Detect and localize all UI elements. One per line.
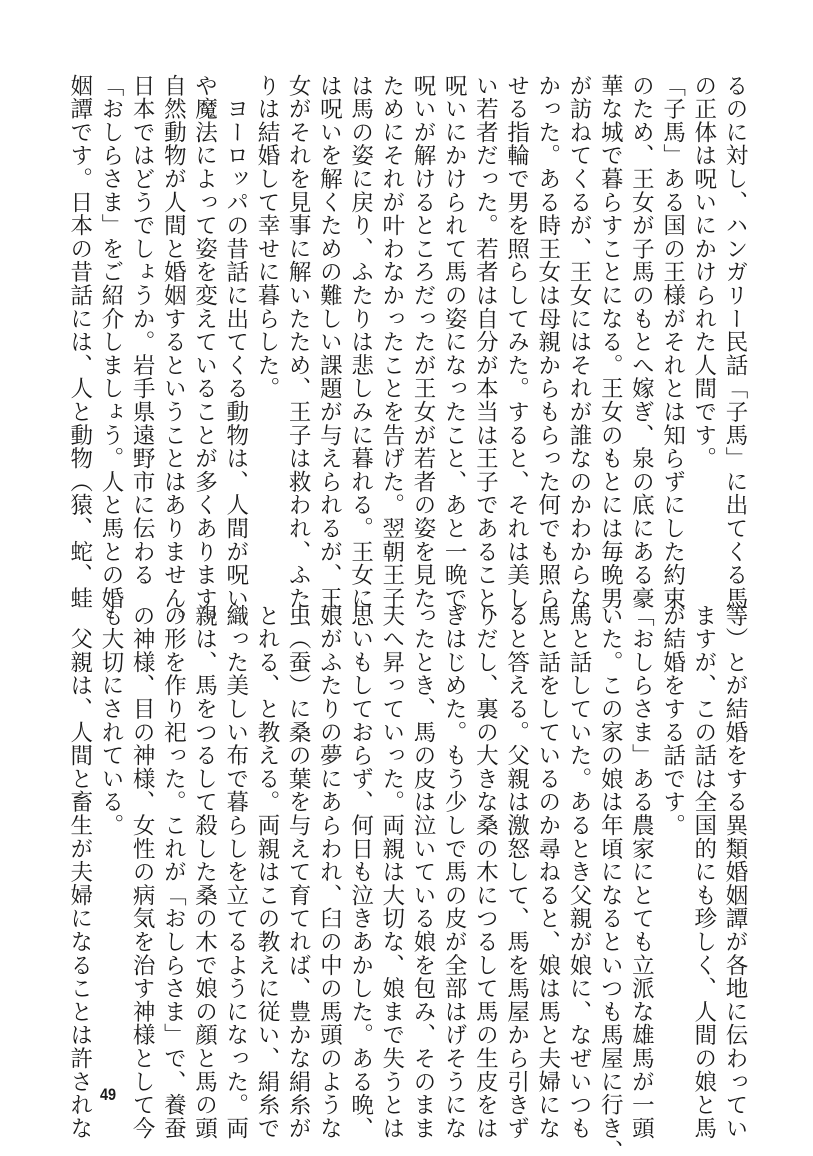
text-column: 日本ではどうでしょうか。岩手県遠野市に伝わる (126, 74, 157, 544)
text-column: 織った美しい布で暮らしを立てるようになった。両 (220, 604, 251, 1074)
text-column: が結婚をする話です。 (656, 604, 687, 1074)
text-column: 「おしらさま」をご紹介しましょう。人と馬との婚 (95, 74, 126, 544)
text-column: 呪いにかけられて馬の姿になったこと、あと一晩で (438, 74, 469, 544)
text-column: 馬と話していた。あるとき父親が娘に、なぜいつも (563, 604, 594, 1074)
text-column: は馬の姿に戻り、ふたりは悲しみに暮れる。王女に (344, 74, 375, 544)
text-column: 女がそれを見事に解いたため、王子は救われ、ふた (282, 74, 313, 544)
text-column: りだし、裏の大きな桑の木につるして馬の生皮をは (469, 604, 500, 1074)
text-column: 親は、馬をつるして殺した桑の木で娘の顔と馬の頭 (188, 604, 219, 1074)
text-column: 思いもしておらず、何日も泣きあかした。ある晩、 (344, 604, 375, 1074)
text-column: の形を作り祀った。これが「おしらさま」で、養蚕 (157, 604, 188, 1074)
text-column: せる指輪で男を照らしてみた。すると、それは美し (500, 74, 531, 544)
text-column: 自然動物が人間と婚姻するということはありません。 (157, 74, 188, 544)
text-column: や魔法によって姿を変えていることが多くあります。 (188, 74, 219, 544)
text-column: ると答える。父親は激怒して、馬を馬屋から引きず (500, 604, 531, 1074)
text-column: の正体は呪いにかけられた人間です。 (688, 74, 719, 544)
text-column: 「おしらさま」ある農家にとても立派な雄馬が一頭 (625, 604, 656, 1074)
page-number: 49 (100, 1085, 116, 1105)
text-column: ヨーロッパの昔話に出てくる動物は、人間が呪い (220, 74, 251, 544)
text-column: 「子馬」ある国の王様がそれとは知らずにした約束 (656, 74, 687, 544)
text-column: も大切にされている。 (95, 604, 126, 1074)
text-column: ますが、この話は全国的にも珍しく、人間の娘と馬 (688, 604, 719, 1074)
text-column: 天へ昇っていった。両親は大切な、娘まで失うとは (376, 604, 407, 1074)
text-column: 娘がふたりの夢にあらわれ、臼の中の馬頭のような (313, 604, 344, 1074)
text-column: の神様、目の神様、女性の病気を治す神様として今 (126, 604, 157, 1074)
text-column: りは結婚して幸せに暮らした。 (251, 74, 282, 544)
text-column: 華な城で暮らすことになる。王女のもとには毎晩男 (594, 74, 625, 544)
text-column: 父親は、人間と畜生が夫婦になることは許されな (64, 604, 95, 1074)
text-column: 呪いが解けるところだったが王女が若者の姿を見た (407, 74, 438, 544)
text-column: ためにそれが叶わなかったことを告げた。翌朝王子 (376, 74, 407, 544)
text-column: 馬と話をしているのか尋ねると、娘は馬と夫婦にな (532, 604, 563, 1074)
text-block-bottom: 等）とが結婚をする異類婚姻譚が各地に伝わってい ますが、この話は全国的にも珍しく… (70, 604, 750, 1074)
book-page: るのに対し、ハンガリー民話「子馬」に出てくる馬 の正体は呪いにかけられた人間です… (0, 0, 813, 1156)
text-column: 姻譚です。日本の昔話には、人と動物（猿、蛇、蛙 (64, 74, 95, 544)
text-column: いた。この家の娘は年頃になるといつも馬屋に行き、 (594, 604, 625, 1074)
text-column: は呪いを解くための難しい課題が与えられるが、王 (313, 74, 344, 544)
text-column: かった。ある時王女は母親からもらった何でも照ら (532, 74, 563, 544)
text-column: い若者だった。若者は自分が本当は王子であること、 (469, 74, 500, 544)
text-column: ったとき、馬の皮は泣いている娘を包み、そのまま (407, 604, 438, 1074)
text-block-top: るのに対し、ハンガリー民話「子馬」に出てくる馬 の正体は呪いにかけられた人間です… (70, 74, 750, 544)
text-column: のため、王女が子馬のもとへ嫁ぎ、泉の底にある豪 (625, 74, 656, 544)
text-column: 等）とが結婚をする異類婚姻譚が各地に伝わってい (719, 604, 750, 1074)
text-column: ぎはじめた。もう少しで馬の皮が全部はげそうにな (438, 604, 469, 1074)
text-column: が訪ねてくるが、王女にはそれが誰なのかわからな (563, 74, 594, 544)
text-column: とれる、と教える。両親はこの教えに従い、絹糸で (251, 604, 282, 1074)
text-column: るのに対し、ハンガリー民話「子馬」に出てくる馬 (719, 74, 750, 544)
text-column: 虫（蚕）に桑の葉を与えて育てれば、豊かな絹糸が (282, 604, 313, 1074)
